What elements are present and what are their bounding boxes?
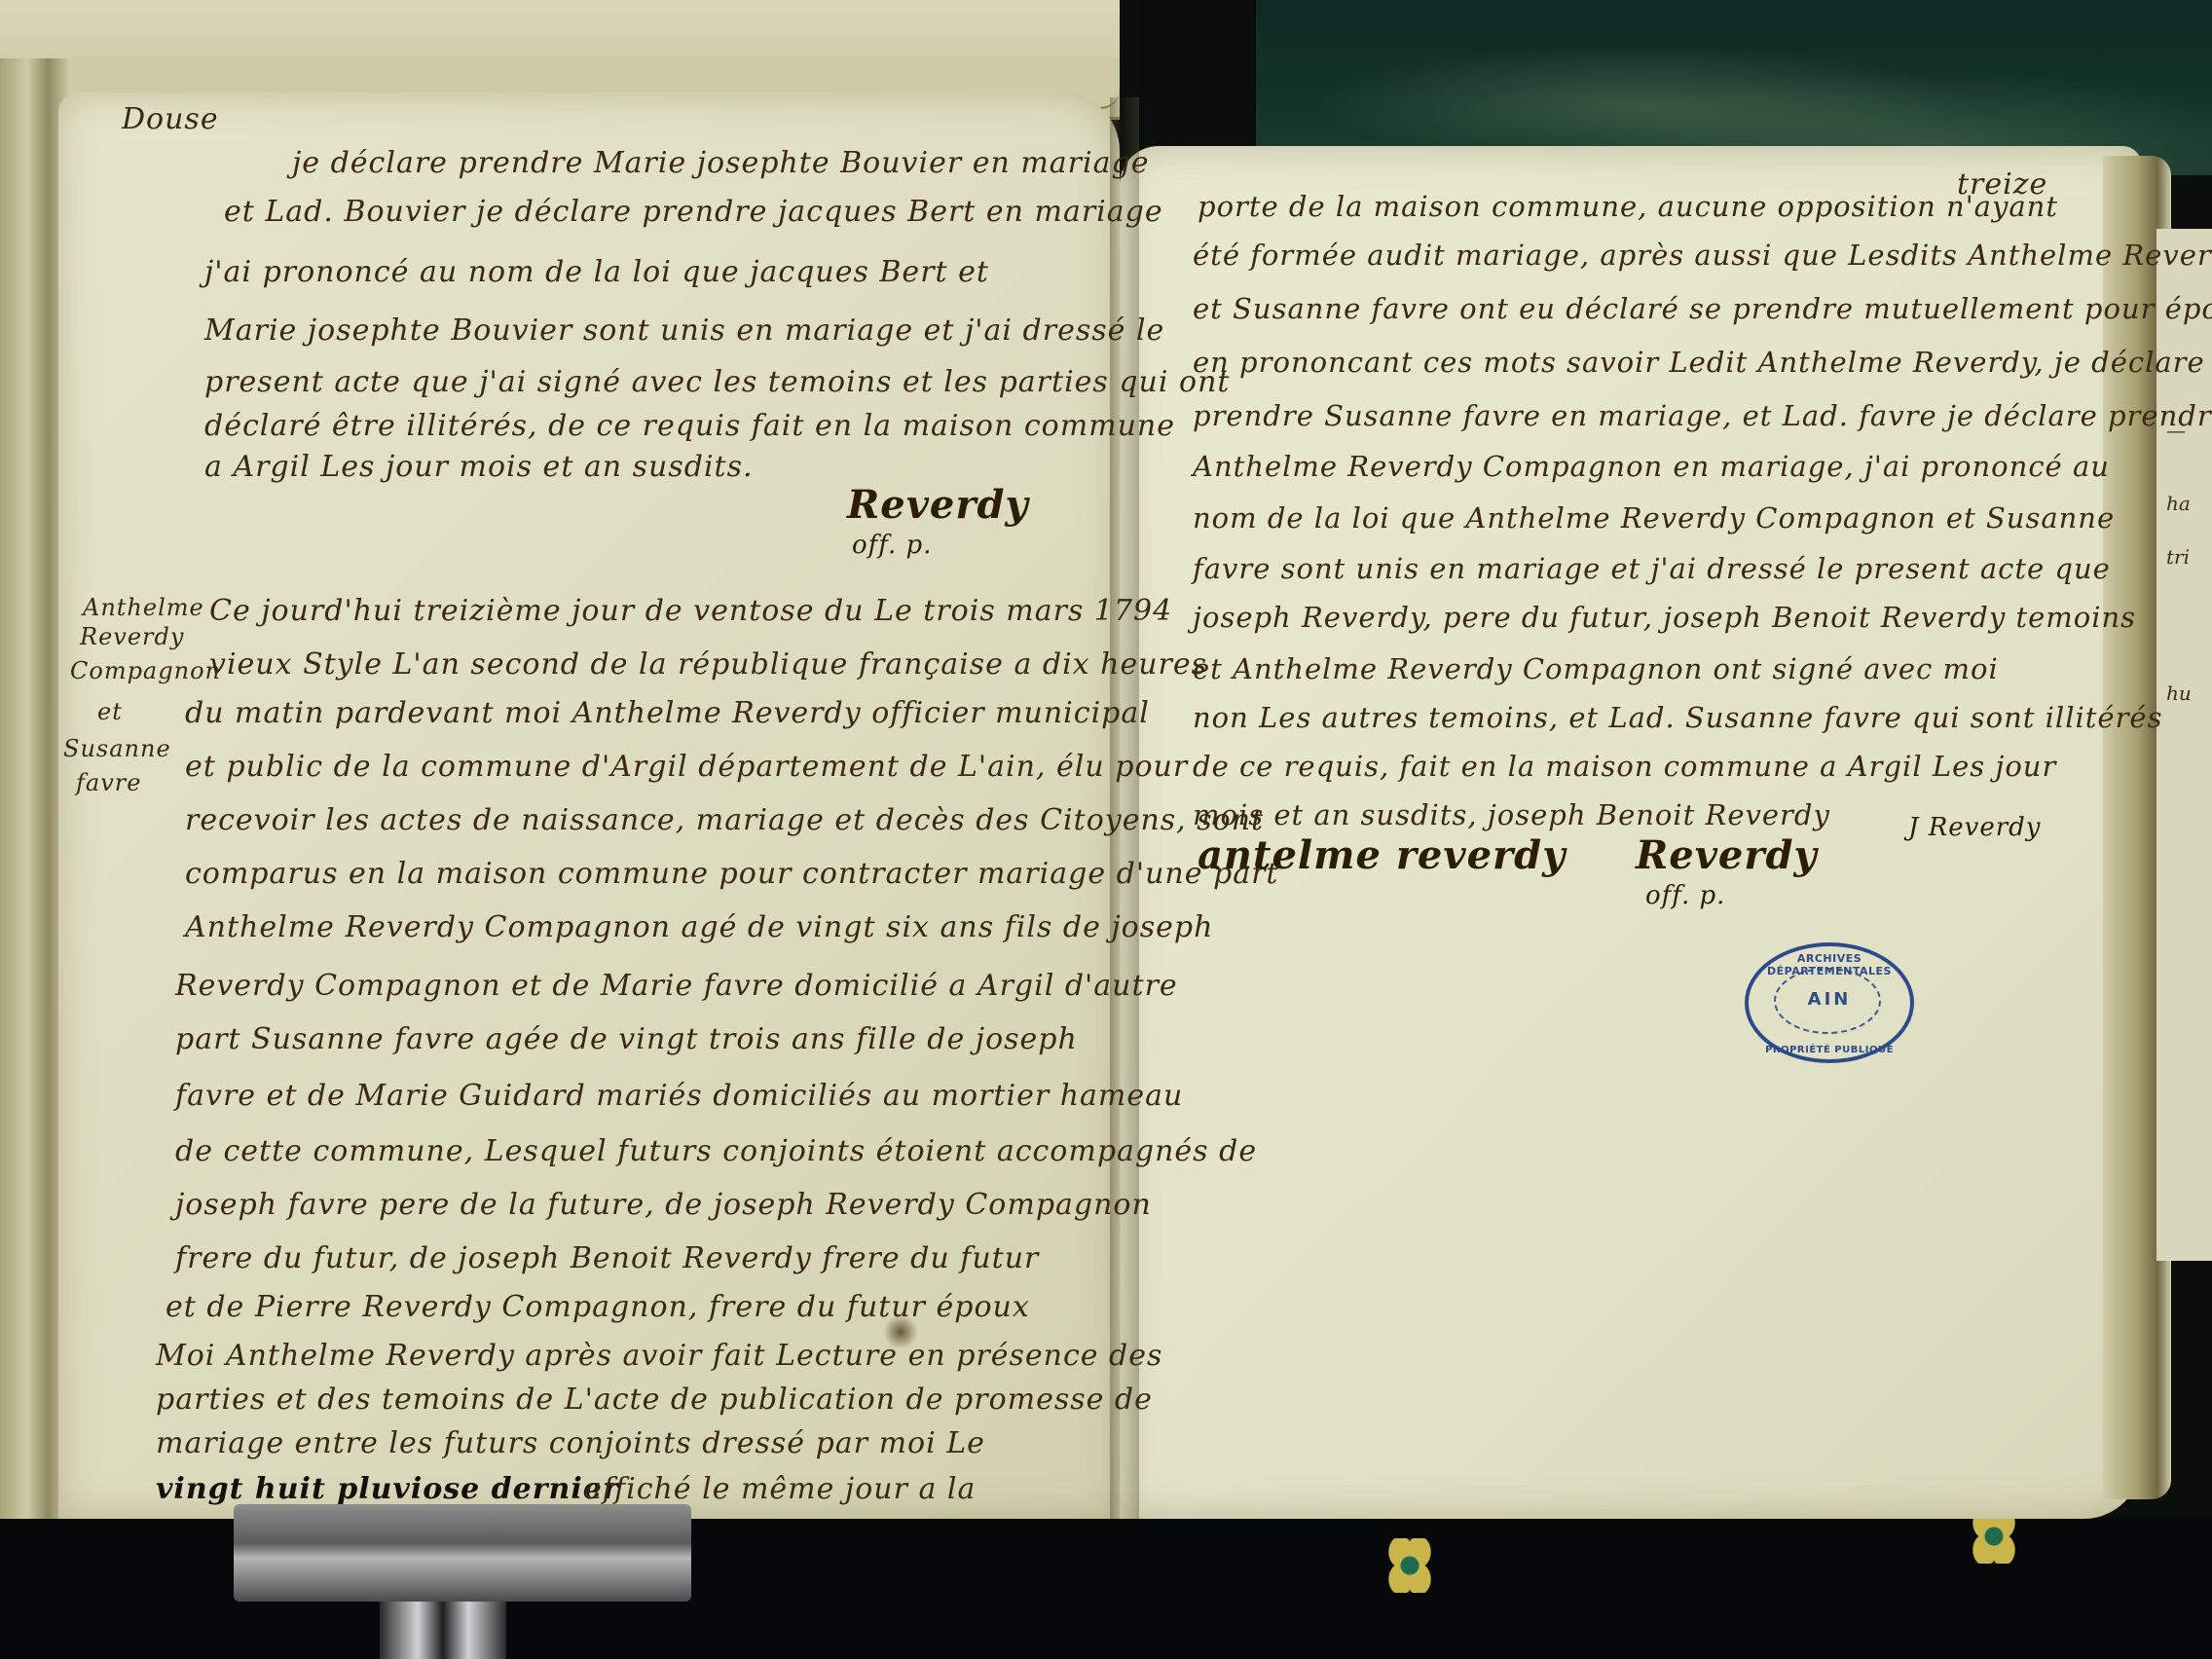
text-line: mois et an susdits, joseph Benoit Reverd… <box>1193 798 1830 831</box>
margin-note-line: et <box>97 698 123 725</box>
text-line: Anthelme Reverdy Compagnon en mariage, j… <box>1193 450 2110 483</box>
ink-stain <box>881 1316 920 1347</box>
stamp-top-text: ARCHIVES DÉPARTEMENTALES <box>1749 952 1910 977</box>
text-line: et public de la commune d'Argil départem… <box>185 750 1188 784</box>
page-holder-stem <box>380 1602 506 1659</box>
stamp-center-text: AIN <box>1749 989 1910 1010</box>
text-line: porte de la maison commune, aucune oppos… <box>1198 190 2058 223</box>
adjacent-page-fragment <box>2157 229 2212 1261</box>
witness-signature: J Reverdy <box>1908 813 2042 842</box>
margin-note-line: Reverdy <box>80 623 184 650</box>
text-line: déclaré être illitérés, de ce requis fai… <box>204 409 1175 443</box>
text-line: du matin pardevant moi Anthelme Reverdy … <box>185 696 1150 730</box>
text-line: de cette commune, Lesquel futurs conjoin… <box>175 1134 1257 1168</box>
officer-title-top: off. p. <box>852 531 932 560</box>
text-line: a Argil Les jour mois et an susdits. <box>204 450 754 484</box>
text-line: prendre Susanne favre en mariage, et Lad… <box>1193 399 2212 432</box>
officer-title-right: off. p. <box>1645 881 1725 910</box>
text-line: affiché le même jour a la <box>584 1472 976 1506</box>
fragment-text: tri <box>2166 545 2190 569</box>
cloth-flower-motif <box>1387 1538 1432 1593</box>
stamp-bottom-text: PROPRIÉTÉ PUBLIQUE <box>1749 1045 1910 1055</box>
text-line: Marie josephte Bouvier sont unis en mari… <box>204 313 1164 348</box>
text-line: non Les autres temoins, et Lad. Susanne … <box>1193 701 2162 734</box>
text-line: et Anthelme Reverdy Compagnon ont signé … <box>1193 652 1999 685</box>
text-line: Reverdy Compagnon et de Marie favre domi… <box>175 969 1178 1003</box>
text-line: et Susanne favre ont eu déclaré se prend… <box>1193 292 2212 325</box>
text-line: favre et de Marie Guidard mariés domicil… <box>175 1079 1183 1113</box>
margin-note-line: Anthelme <box>83 594 204 621</box>
text-line: en prononcant ces mots savoir Ledit Anth… <box>1193 346 2205 379</box>
text-line: present acte que j'ai signé avec les tem… <box>204 365 1230 399</box>
page-number-word-left: Douse <box>122 102 219 136</box>
text-line: recevoir les actes de naissance, mariage… <box>185 803 1264 837</box>
text-line: et Lad. Bouvier je déclare prendre jacqu… <box>224 195 1163 229</box>
text-line: joseph Reverdy, pere du futur, joseph Be… <box>1193 601 2136 634</box>
text-line: j'ai prononcé au nom de la loi que jacqu… <box>204 255 989 289</box>
groom-signature: antelme reverdy <box>1198 832 1566 878</box>
archives-stamp: ARCHIVES DÉPARTEMENTALES AIN PROPRIÉTÉ P… <box>1745 942 1914 1063</box>
text-line: Moi Anthelme Reverdy après avoir fait Le… <box>156 1339 1162 1373</box>
margin-note-line: favre <box>76 769 141 796</box>
text-line: été formée audit mariage, après aussi qu… <box>1193 239 2212 272</box>
text-line: parties et des temoins de L'acte de publ… <box>156 1382 1153 1417</box>
officer-signature-right: Reverdy <box>1636 832 1818 878</box>
text-line: Ce jourd'hui treizième jour de ventose d… <box>209 594 1172 628</box>
officer-signature-top: Reverdy <box>847 482 1029 528</box>
fragment-text: ha <box>2166 492 2191 515</box>
margin-note-line: Compagnon <box>70 657 221 684</box>
text-line: de ce requis, fait en la maison commune … <box>1193 750 2056 783</box>
text-line: vieux Style L'an second de la république… <box>209 647 1207 682</box>
text-line: mariage entre les futurs conjoints dress… <box>156 1426 985 1460</box>
text-line: nom de la loi que Anthelme Reverdy Compa… <box>1193 501 2115 535</box>
fragment-text: hu <box>2166 682 2192 705</box>
text-line: favre sont unis en mariage et j'ai dress… <box>1193 552 2111 585</box>
text-line: comparus en la maison commune pour contr… <box>185 857 1279 891</box>
margin-note-line: Susanne <box>63 735 171 762</box>
text-line: Anthelme Reverdy Compagnon agé de vingt … <box>185 910 1213 944</box>
text-line: je déclare prendre Marie josephte Bouvie… <box>292 146 1149 180</box>
text-line: part Susanne favre agée de vingt trois a… <box>175 1022 1078 1056</box>
page-holder-clip <box>234 1504 691 1602</box>
text-line: frere du futur, de joseph Benoit Reverdy… <box>175 1241 1039 1275</box>
inserted-date-text: vingt huit pluviose dernier <box>156 1472 619 1506</box>
text-line: joseph favre pere de la future, de josep… <box>175 1188 1152 1222</box>
